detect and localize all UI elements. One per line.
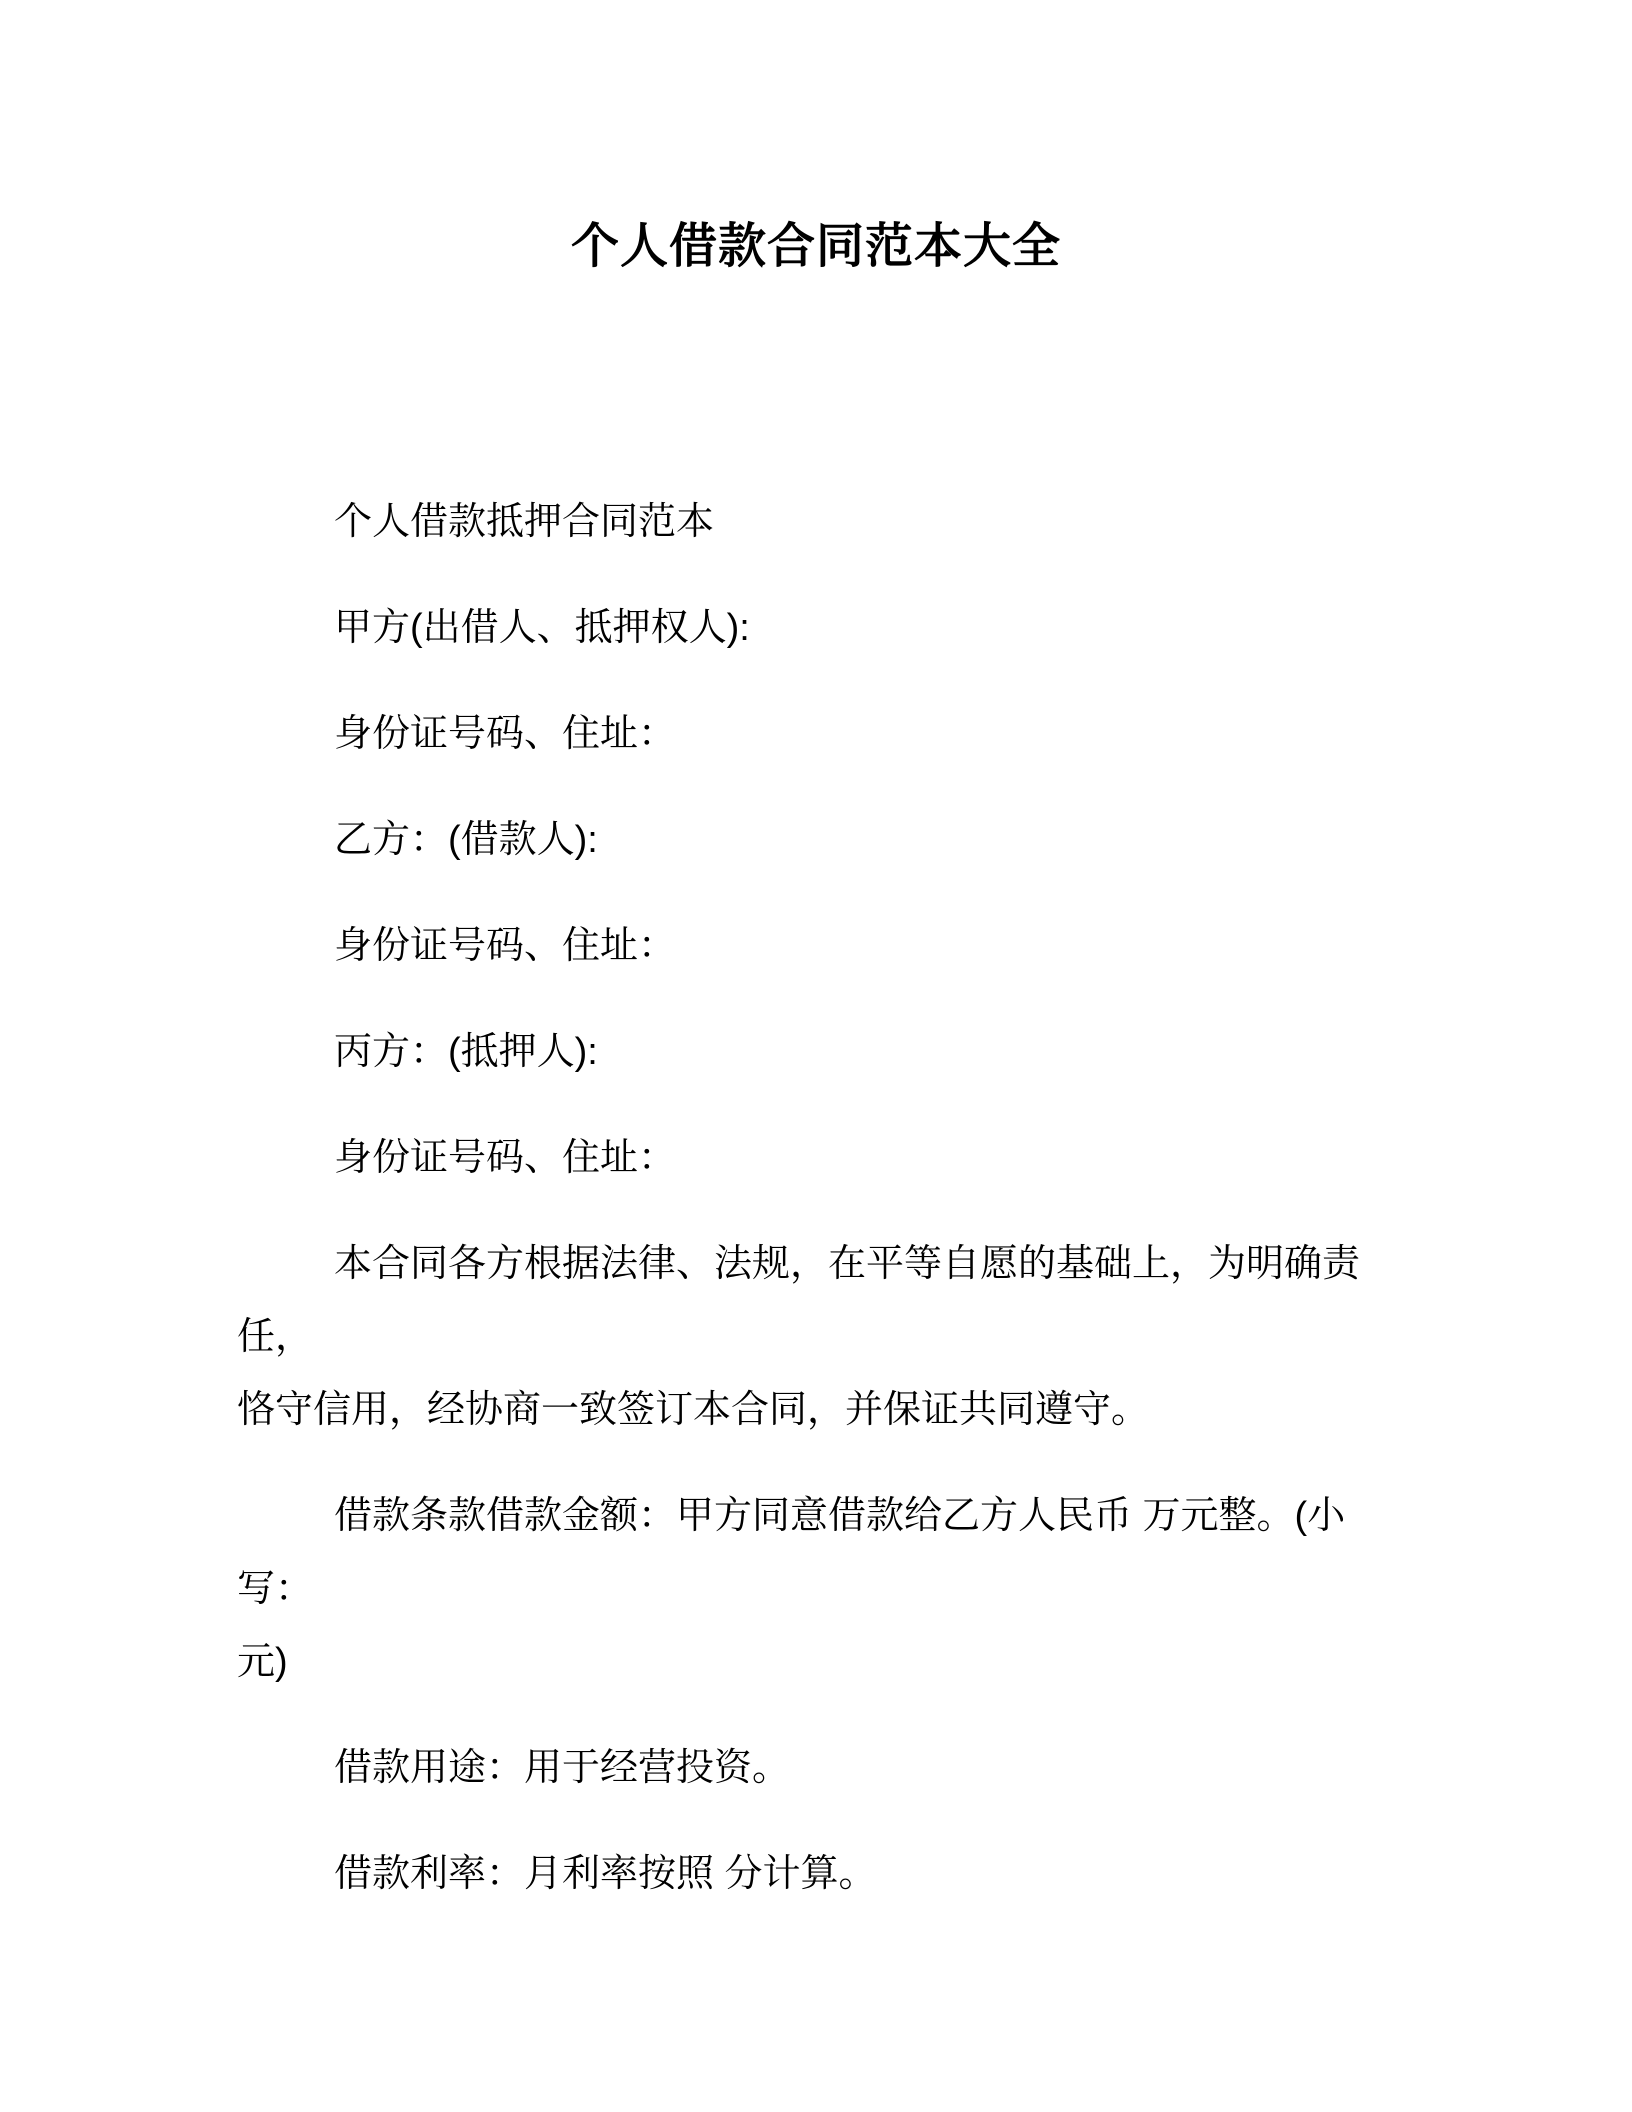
paragraph-line: 个人借款抵押合同范本 xyxy=(237,486,1394,559)
paragraph-line: 乙方：(借款人): xyxy=(237,804,1394,877)
page-title: 个人借款合同范本大全 xyxy=(0,0,1632,275)
paragraph-line: 借款条款借款金额：甲方同意借款给乙方人民币 万元整。(小写： xyxy=(237,1480,1394,1626)
paragraph-line: 身份证号码、住址： xyxy=(237,910,1394,983)
paragraph: 个人借款抵押合同范本 xyxy=(237,486,1394,559)
paragraph: 身份证号码、住址： xyxy=(237,1122,1394,1195)
paragraph-line: 甲方(出借人、抵押权人): xyxy=(237,592,1394,665)
paragraph-line: 借款利率：月利率按照 分计算。 xyxy=(237,1838,1394,1911)
paragraph-line: 借款用途：用于经营投资。 xyxy=(237,1732,1394,1805)
paragraph-line: 身份证号码、住址： xyxy=(237,1122,1394,1195)
paragraph-line: 本合同各方根据法律、法规，在平等自愿的基础上，为明确责任， xyxy=(237,1228,1394,1374)
paragraph-line: 恪守信用，经协商一致签订本合同，并保证共同遵守。 xyxy=(237,1374,1394,1447)
paragraph: 甲方(出借人、抵押权人): xyxy=(237,592,1394,665)
paragraph: 身份证号码、住址： xyxy=(237,698,1394,771)
document-body: 个人借款抵押合同范本 甲方(出借人、抵押权人): 身份证号码、住址： 乙方：(借… xyxy=(237,486,1394,1911)
document-page: 个人借款合同范本大全 个人借款抵押合同范本 甲方(出借人、抵押权人): 身份证号… xyxy=(0,0,1632,2112)
paragraph: 本合同各方根据法律、法规，在平等自愿的基础上，为明确责任， 恪守信用，经协商一致… xyxy=(237,1228,1394,1447)
paragraph: 借款利率：月利率按照 分计算。 xyxy=(237,1838,1394,1911)
paragraph: 丙方：(抵押人): xyxy=(237,1016,1394,1089)
paragraph: 乙方：(借款人): xyxy=(237,804,1394,877)
paragraph-line: 元) xyxy=(237,1626,1394,1699)
paragraph: 身份证号码、住址： xyxy=(237,910,1394,983)
paragraph-line: 身份证号码、住址： xyxy=(237,698,1394,771)
paragraph: 借款用途：用于经营投资。 xyxy=(237,1732,1394,1805)
paragraph: 借款条款借款金额：甲方同意借款给乙方人民币 万元整。(小写： 元) xyxy=(237,1480,1394,1699)
paragraph-line: 丙方：(抵押人): xyxy=(237,1016,1394,1089)
